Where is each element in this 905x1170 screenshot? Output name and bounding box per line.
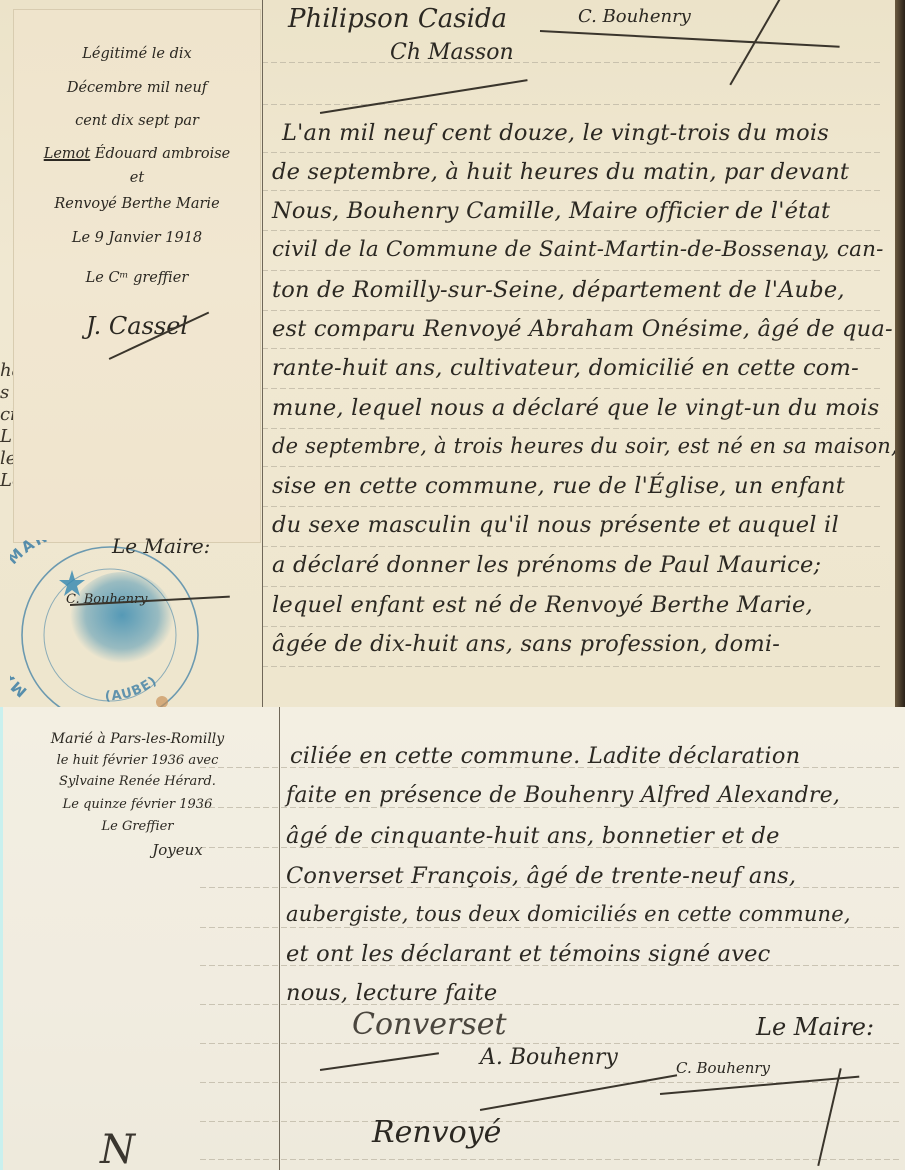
ruled-line bbox=[262, 230, 882, 231]
margin-rule bbox=[262, 0, 263, 707]
ruled-line bbox=[262, 586, 882, 587]
ruled-line bbox=[262, 466, 882, 467]
note-clerk-title: Le Cᵐ greffier bbox=[14, 270, 260, 286]
act-line: âgée de dix-huit ans, sans profession, d… bbox=[272, 631, 780, 657]
ruled-line bbox=[200, 1159, 900, 1160]
note-date: Le 9 Janvier 1918 bbox=[14, 230, 260, 246]
signature-flourish bbox=[320, 1052, 439, 1070]
note-line: Décembre mil neuf bbox=[14, 80, 260, 96]
maire-label: Le Maire: bbox=[112, 534, 210, 558]
previous-act-signature: Philipson Casida bbox=[288, 4, 507, 34]
act-line-mother-name: lequel enfant est né de Renvoyé Berthe M… bbox=[272, 592, 813, 618]
previous-act-maire-signature: C. Bouhenry bbox=[578, 6, 691, 27]
act-line: est comparu Renvoyé Abraham Onésime, âgé… bbox=[272, 316, 893, 342]
margin-edge-fragments: ha s ci L le. Le bbox=[0, 360, 14, 492]
act-line: sise en cette commune, rue de l'Église, … bbox=[272, 473, 845, 499]
act-line-witness1: faite en présence de Bouhenry Alfred Ale… bbox=[286, 783, 840, 808]
witness-signature-bouhenry: A. Bouhenry bbox=[480, 1045, 618, 1070]
ruled-line bbox=[262, 428, 882, 429]
act-line: nous, lecture faite bbox=[286, 980, 497, 1006]
note-line: Légitimé le dix bbox=[14, 46, 260, 62]
margin-rule bbox=[279, 707, 280, 1170]
act-line: civil de la Commune de Saint-Martin-de-B… bbox=[272, 237, 884, 262]
note-line: Renvoyé Berthe Marie bbox=[14, 196, 260, 212]
marriage-note-date: Le quinze février 1936 bbox=[0, 797, 275, 812]
next-act-number-fragment: N bbox=[100, 1127, 135, 1170]
ruled-line bbox=[262, 546, 882, 547]
clerk-signature: Joyeux bbox=[40, 841, 315, 859]
act-line: ciliée en cette commune. Ladite déclarat… bbox=[290, 743, 800, 769]
maire-label: Le Maire: bbox=[756, 1013, 874, 1041]
mairie-stamp-icon: MAIRIE DE S. MARTIN (AUBE) bbox=[10, 540, 200, 707]
signature-underline bbox=[540, 30, 840, 47]
note-line: cent dix sept par bbox=[14, 113, 260, 129]
document-page-top: ha s ci L le. Le Légitimé le dix Décembr… bbox=[0, 0, 905, 707]
previous-act-witness-signature: Ch Masson bbox=[390, 40, 514, 65]
svg-text:(AUBE): (AUBE) bbox=[105, 673, 161, 704]
closing-flourish bbox=[320, 79, 528, 113]
ruled-line bbox=[262, 348, 882, 349]
ruled-line bbox=[262, 666, 882, 667]
ruled-line bbox=[200, 1043, 900, 1044]
next-act-name: Renvoyé bbox=[372, 1115, 501, 1150]
signature-flourish bbox=[480, 1074, 677, 1110]
act-line: âgé de cinquante-huit ans, bonnetier et … bbox=[286, 823, 780, 849]
ruled-line bbox=[200, 927, 900, 928]
clerk-signature: J. Cassel bbox=[14, 312, 260, 340]
ruled-line bbox=[262, 310, 882, 311]
marriage-note-line: Marié à Pars-les-Romilly bbox=[0, 731, 275, 747]
ruled-line bbox=[200, 1121, 900, 1122]
marriage-note-clerk-title: Le Greffier bbox=[0, 819, 275, 834]
ruled-line bbox=[262, 190, 882, 191]
legitimation-note: Légitimé le dix Décembre mil neuf cent d… bbox=[14, 10, 260, 542]
act-line: du sexe masculin qu'il nous présente et … bbox=[272, 512, 839, 538]
book-binding-edge bbox=[895, 0, 905, 707]
act-line-child-name: a déclaré donner les prénoms de Paul Mau… bbox=[272, 552, 821, 578]
ruled-line bbox=[262, 104, 882, 105]
ruled-line bbox=[262, 626, 882, 627]
act-line: de septembre, à trois heures du soir, es… bbox=[272, 434, 898, 458]
ruled-line bbox=[262, 62, 882, 63]
marriage-note-line: le huit février 1936 avec bbox=[0, 753, 275, 768]
act-line: et ont les déclarant et témoins signé av… bbox=[286, 941, 770, 967]
signature-underline bbox=[660, 1076, 859, 1095]
marriage-spouse-name: Sylvaine Renée Hérard. bbox=[0, 774, 275, 789]
ruled-line bbox=[262, 270, 882, 271]
maire-signature: C. Bouhenry bbox=[676, 1059, 770, 1077]
act-line: aubergiste, tous deux domiciliés en cett… bbox=[286, 902, 851, 926]
act-line: de septembre, à huit heures du matin, pa… bbox=[272, 159, 849, 185]
act-line: ton de Romilly-sur-Seine, département de… bbox=[272, 277, 845, 303]
legitimating-father-name: Lemot bbox=[44, 146, 91, 162]
act-line: Nous, Bouhenry Camille, Maire officier d… bbox=[272, 198, 830, 224]
witness-signature-converset: Converset bbox=[352, 1007, 507, 1042]
document-page-bottom: Marié à Pars-les-Romilly le huit février… bbox=[0, 707, 905, 1170]
act-line: L'an mil neuf cent douze, le vingt-trois… bbox=[282, 120, 829, 146]
ruled-line bbox=[262, 506, 882, 507]
note-line: et bbox=[14, 170, 260, 186]
act-line-witness2: Converset François, âgé de trente-neuf a… bbox=[286, 863, 796, 889]
note-line: Lemot Édouard ambroise bbox=[14, 146, 260, 162]
ruled-line bbox=[262, 388, 882, 389]
ruled-line bbox=[262, 152, 882, 153]
act-line: mune, lequel nous a déclaré que le vingt… bbox=[272, 395, 879, 421]
act-line: rante-huit ans, cultivateur, domicilié e… bbox=[272, 355, 859, 381]
